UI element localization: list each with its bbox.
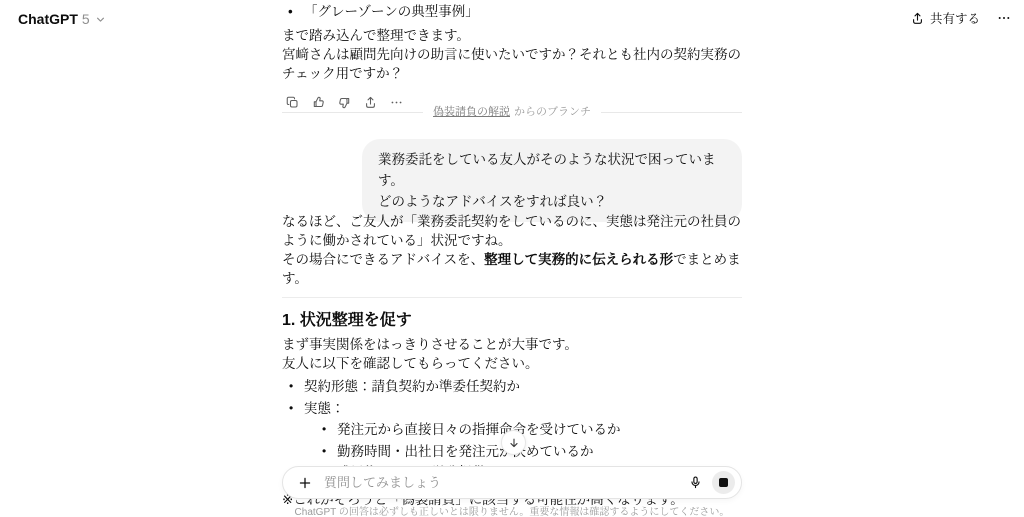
paragraph-line: 宮﨑さんは顧問先向けの助言に使いたいですか？それとも社内の契約実務のチェック用で… (282, 47, 741, 81)
chatgpt-window: ChatGPT 5 共有する • 「グレーゾーンの典型事例」 (0, 0, 1024, 517)
divider-line (282, 112, 423, 113)
microphone-icon (688, 475, 703, 490)
list-item-text: 実態： (304, 401, 345, 416)
section-divider (282, 297, 742, 298)
list-item: 契約形態：請負契約か準委任契約か (282, 378, 742, 396)
chevron-down-icon (94, 13, 107, 26)
branch-divider-label: からのブランチ (514, 103, 591, 122)
share-label: 共有する (930, 9, 980, 27)
user-message-row: 業務委託をしている友人がそのような状況で困っています。 どのようなアドバイスをす… (282, 139, 742, 222)
model-selector[interactable]: ChatGPT 5 (14, 9, 111, 29)
section-heading: 1. 状況整理を促す (282, 310, 742, 331)
list-item: • 「グレーゾーンの典型事例」 (282, 2, 742, 21)
branch-source-link[interactable]: 偽装請負の解説 (433, 103, 510, 122)
stop-icon (719, 478, 728, 487)
scroll-to-bottom-button[interactable] (501, 430, 526, 455)
arrow-down-icon (507, 436, 521, 450)
share-button[interactable]: 共有する (910, 9, 980, 27)
assistant-message-previous: • 「グレーゾーンの典型事例」 まで踏み込んで整理できます。 宮﨑さんは顧問先向… (282, 2, 742, 113)
list-item-text: 「グレーゾーンの典型事例」 (304, 2, 479, 21)
assistant-paragraph: まで踏み込んで整理できます。 宮﨑さんは顧問先向けの助言に使いたいですか？それと… (282, 26, 742, 83)
disclaimer-text: ChatGPT の回答は必ずしも正しいとは限りません。重要な情報は確認するように… (0, 503, 1024, 517)
more-icon (996, 10, 1012, 26)
stop-button[interactable] (712, 471, 735, 494)
share-icon (910, 11, 925, 26)
paragraph-line: なるほど、ご友人が「業務委託契約をしているのに、実態は発注元の社員のように働かさ… (282, 214, 741, 248)
attach-button[interactable] (295, 473, 315, 493)
paragraph-line: まで踏み込んで整理できます。 (282, 28, 470, 43)
plus-icon (297, 475, 313, 491)
dictate-button[interactable] (685, 472, 706, 493)
assistant-paragraph: まず事実関係をはっきりさせることが大事です。 友人に以下を確認してもらってくださ… (282, 335, 742, 373)
paragraph-line: まず事実関係をはっきりさせることが大事です。 (282, 337, 578, 352)
app-name: ChatGPT (18, 11, 78, 27)
user-message-line: どのようなアドバイスをすれば良い？ (378, 194, 607, 209)
model-version: 5 (82, 11, 90, 27)
conversation-options-button[interactable] (996, 10, 1012, 26)
message-input[interactable] (324, 475, 685, 490)
bold-text: 整理して実務的に伝えられる形 (484, 252, 673, 267)
composer[interactable] (282, 466, 742, 499)
divider-line (601, 112, 742, 113)
list-item: 勤務時間・出社日を発注元が決めているか (315, 443, 742, 461)
user-message-bubble: 業務委託をしている友人がそのような状況で困っています。 どのようなアドバイスをす… (362, 139, 742, 222)
paragraph-line: その場合にできるアドバイスを、 (282, 252, 484, 267)
assistant-paragraph: なるほど、ご友人が「業務委託契約をしているのに、実態は発注元の社員のように働かさ… (282, 212, 742, 288)
assistant-message-current: なるほど、ご友人が「業務委託契約をしているのに、実態は発注元の社員のように働かさ… (282, 212, 742, 509)
bullet-marker: • (282, 2, 304, 21)
branch-divider: 偽装請負の解説 からのブランチ (282, 103, 742, 122)
user-message-line: 業務委託をしている友人がそのような状況で困っています。 (378, 152, 716, 188)
list-item: 発注元から直接日々の指揮命令を受けているか (315, 421, 742, 439)
paragraph-line: 友人に以下を確認してもらってください。 (282, 356, 539, 371)
header-actions: 共有する (910, 9, 1012, 27)
